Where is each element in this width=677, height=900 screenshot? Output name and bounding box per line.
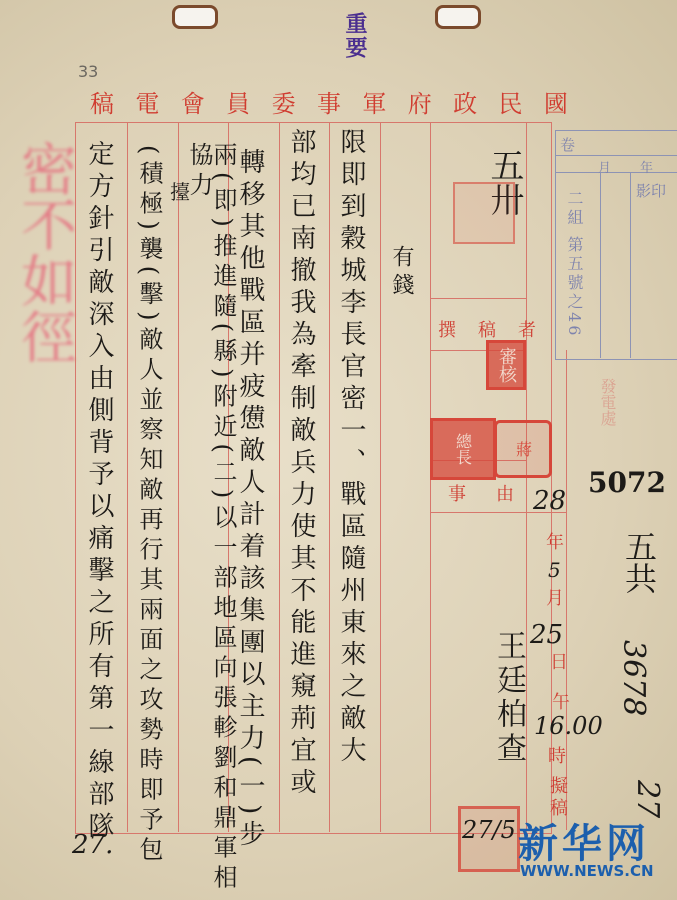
handwritten-right: 五共 [616, 530, 662, 594]
day-value: 25 [530, 620, 563, 650]
header-char: 民 [499, 84, 525, 119]
side-annotation: 擡 [170, 176, 190, 205]
month-label: 月 [546, 584, 564, 610]
year-value: 28 [533, 486, 566, 516]
header-char: 委 [272, 84, 298, 119]
watermark-logo: 新华网 [518, 812, 650, 869]
handwritten-number-5072: 5072 [588, 466, 666, 499]
grid-line [380, 122, 381, 832]
header-char: 稿 [90, 84, 116, 119]
year-label: 年 [546, 528, 564, 554]
binder-clip-left [172, 5, 218, 29]
header-char: 員 [226, 84, 252, 119]
time-label: 時 [548, 742, 566, 768]
form-month-label: 月 [598, 157, 611, 176]
signatory-date: 27/5 [462, 816, 516, 844]
form-year-label: 年 [640, 157, 653, 176]
body-column-2: 部均已南撤我為牽制敵兵力使其不能進窺荊宜或 [288, 128, 314, 800]
grid-line [127, 122, 128, 832]
form-column-label: 影印 [636, 180, 666, 201]
watermark-url: WWW.NEWS.CN [520, 862, 654, 880]
grid-line [329, 122, 330, 832]
form-header: 卷 [560, 134, 575, 155]
header-char: 政 [453, 84, 479, 119]
drafter-label: 撰稿者 [438, 316, 558, 342]
time-prefix: 午 [552, 688, 570, 714]
header-char: 事 [317, 84, 343, 119]
bottom-pencil-number: 27. [72, 830, 113, 860]
document-header-title: 國 民 政 府 軍 事 委 員 會 電 稿 [90, 84, 570, 119]
subject-label: 事由 [448, 480, 544, 506]
importance-stamp: 重要 [340, 12, 371, 60]
header-char: 電 [135, 84, 161, 119]
day-label: 日 [550, 648, 568, 674]
binder-clip-right [435, 5, 481, 29]
body-column-5: (積極)襲(擊)敵人並察知敵再行其兩面之攻勢時即予包 [137, 145, 161, 866]
seal-large-right: 蔣 [494, 420, 552, 478]
form-line [555, 172, 677, 173]
grid-line [279, 122, 280, 832]
form-binder-text: 二組 第五號之46 [563, 190, 586, 338]
grid-line [430, 298, 526, 299]
handwritten-number-3678: 3678 [616, 640, 651, 716]
faint-red-stamp: 發電處 [596, 378, 619, 426]
pink-annotation: 密不如徑 [4, 140, 84, 364]
grid-line [178, 122, 179, 832]
grid-line [430, 512, 526, 513]
time-value: 16.00 [534, 712, 603, 740]
grid-line [566, 350, 567, 830]
form-line [555, 155, 677, 156]
header-char: 府 [408, 84, 434, 119]
page-number: 33 [78, 62, 98, 81]
document-page: 重要 33 國 民 政 府 軍 事 委 員 會 電 稿 密不如徑 卷 月 年 影… [0, 0, 677, 900]
month-value: 5 [548, 558, 561, 582]
header-char: 軍 [362, 84, 388, 119]
seal-square-faint [453, 182, 515, 244]
body-column-3: 轉移其他戰區并疲憊敵人計着該集團以主力(一)步 [237, 148, 263, 852]
body-column-4: 兩(即)推進隨(縣)附近(二)以一部地區向張軫劉和鼎軍相協力 [187, 142, 235, 900]
header-char: 國 [544, 84, 570, 119]
body-column-6: 定方針引敵深入由側背予以痛擊之所有第一線部隊 [86, 140, 112, 844]
body-column-1: 限即到穀城李長官密一、戰區隨州東來之敵大 [338, 128, 364, 768]
seal-small: 審核 [486, 340, 526, 390]
form-line [600, 172, 601, 358]
recipient: 有錢 [390, 245, 412, 301]
signatory: 王廷柏查 [486, 630, 530, 766]
seal-large-left: 總長 [430, 418, 496, 480]
form-line [630, 172, 631, 358]
header-char: 會 [181, 84, 207, 119]
